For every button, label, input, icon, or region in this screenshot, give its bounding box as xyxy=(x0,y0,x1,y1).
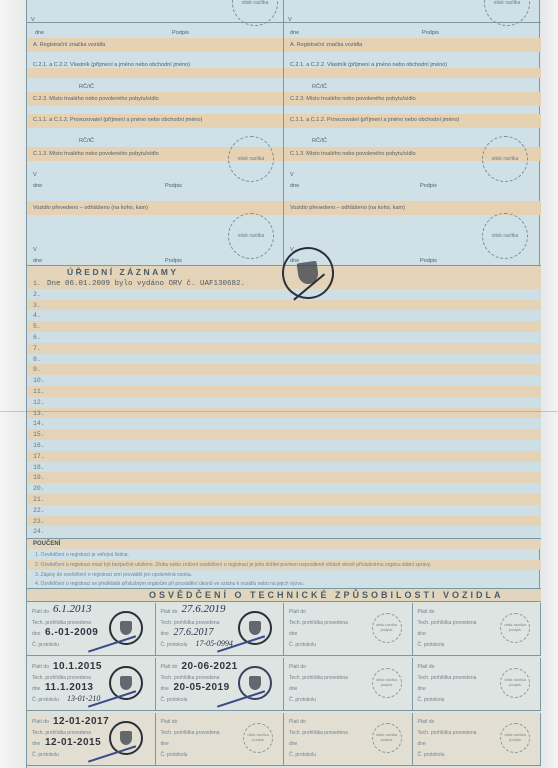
record-number: 22. xyxy=(33,505,43,516)
inspection-cell: Platí doTech. prohlídka provedenadneČ. p… xyxy=(27,603,156,656)
date-label: dne xyxy=(289,686,297,692)
inspection-cell: Platí doTech. prohlídka provedenadneČ. p… xyxy=(413,713,542,766)
transfer-column-left: V dne Podpis otisk razítka A. Registračn… xyxy=(27,0,284,265)
owner-label: C.2.1. a C.2.2. Vlastník (příjmení a jmé… xyxy=(33,62,190,68)
transfer-label: Vozidlo převedeno – odhlášeno (na koho, … xyxy=(33,205,148,211)
inspection-done-label: Tech. prohlídka provedena xyxy=(161,730,220,736)
record-row: 7. xyxy=(27,343,541,354)
record-number: 21. xyxy=(33,494,43,505)
protocol-label: Č. protokolu xyxy=(161,697,188,703)
date-label: dne xyxy=(32,686,40,692)
protocol-label: Č. protokolu xyxy=(161,642,188,648)
record-number: 1. xyxy=(33,278,43,289)
date-label: dne xyxy=(161,741,169,747)
v-label: V xyxy=(290,172,294,178)
stamp-placeholder: otisk razítka podpis xyxy=(372,723,402,753)
inspection-done-label: Tech. prohlídka provedena xyxy=(418,620,477,626)
instructions-title: POUČENÍ xyxy=(33,541,60,547)
transfer-section: V dne Podpis otisk razítka A. Registračn… xyxy=(27,0,541,265)
valid-until-label: Platí do xyxy=(32,609,49,615)
record-number: 13. xyxy=(33,408,43,419)
instruction-item: 1. Osvědčení o registraci je veřejná lis… xyxy=(35,552,129,558)
registration-document-page: V dne Podpis otisk razítka A. Registračn… xyxy=(26,0,540,768)
record-number: 7. xyxy=(33,343,43,354)
inspection-cell: Platí doTech. prohlídka provedenadneČ. p… xyxy=(27,713,156,766)
inspection-done-label: Tech. prohlídka provedena xyxy=(289,620,348,626)
stamp-placeholder: otisk razítka podpis xyxy=(372,668,402,698)
valid-until-value: 20-06-2021 xyxy=(182,661,238,672)
stamp-label: otisk razítka xyxy=(494,0,521,6)
inspection-done-label: Tech. prohlídka provedena xyxy=(32,675,91,681)
protocol-label: Č. protokolu xyxy=(289,697,316,703)
instruction-item: 4. Osvědčení o registraci se předkládá p… xyxy=(35,581,304,587)
record-number: 12. xyxy=(33,397,43,408)
stamp-emblem-icon xyxy=(120,621,132,635)
inspection-cell: Platí doTech. prohlídka provedenadneČ. p… xyxy=(284,713,413,766)
stamp-label: otisk razítka podpis xyxy=(501,623,529,633)
dne-label: dne xyxy=(33,183,42,189)
protocol-label: Č. protokolu xyxy=(418,697,445,703)
tech-title: OSVĚDČENÍ O TECHNICKÉ ZPŮSOBILOSTI VOZID… xyxy=(149,590,504,600)
fold-line xyxy=(0,411,558,412)
record-row: 5. xyxy=(27,321,541,332)
stamp-placeholder: otisk razítka podpis xyxy=(243,723,273,753)
operator-label: C.1.1. a C.1.2. Provozovatel (příjmení a… xyxy=(33,117,202,123)
record-row: 13. xyxy=(27,408,541,419)
stamp-label: otisk razítka podpis xyxy=(501,733,529,743)
record-number: 20. xyxy=(33,483,43,494)
valid-until-value: 10.1.2015 xyxy=(53,661,102,672)
record-row: 23. xyxy=(27,516,541,527)
record-row: 16. xyxy=(27,440,541,451)
date-label: dne xyxy=(32,741,40,747)
official-records-section: ÚŘEDNÍ ZÁZNAMY 1.Dne 06.01.2009 bylo vyd… xyxy=(27,265,541,538)
top-dne-label: dne xyxy=(290,30,299,36)
record-number: 8. xyxy=(33,354,43,365)
podpis-label: Podpis xyxy=(420,183,437,189)
stamp-placeholder: otisk razítka podpis xyxy=(372,613,402,643)
stamp-emblem-icon xyxy=(249,676,261,690)
valid-until-label: Platí do xyxy=(32,719,49,725)
date-label: dne xyxy=(418,741,426,747)
stamp-placeholder: otisk razítka xyxy=(482,136,528,182)
inspection-done-label: Tech. prohlídka provedena xyxy=(161,620,220,626)
record-row: 10. xyxy=(27,375,541,386)
valid-until-value: 6.1.2013 xyxy=(53,603,92,615)
stamp-label: otisk razítka xyxy=(242,0,269,6)
inspection-cell: Platí doTech. prohlídka provedenadneČ. p… xyxy=(156,658,285,711)
owner-address-label: C.2.3. Místo trvalého nebo povoleného po… xyxy=(33,96,159,102)
v-label-2: V xyxy=(33,247,37,253)
valid-until-label: Platí do xyxy=(161,719,178,725)
valid-until-label: Platí do xyxy=(161,664,178,670)
stamp-label: otisk razítka podpis xyxy=(373,733,401,743)
valid-until-label: Platí do xyxy=(289,664,306,670)
protocol-label: Č. protokolu xyxy=(418,752,445,758)
operator-label: C.1.1. a C.1.2. Provozovatel (příjmení a… xyxy=(290,117,459,123)
reg-mark-label: A. Registrační značka vozidla xyxy=(290,42,362,48)
protocol-label: Č. protokolu xyxy=(289,752,316,758)
inspection-cell: Platí doTech. prohlídka provedenadneČ. p… xyxy=(284,603,413,656)
date-label: dne xyxy=(161,686,169,692)
date-label: dne xyxy=(161,631,169,637)
stamp-label: otisk razítka xyxy=(492,156,519,163)
stamp-placeholder: otisk razítka xyxy=(482,213,528,259)
record-number: 2. xyxy=(33,289,43,300)
inspection-done-label: Tech. prohlídka provedena xyxy=(32,620,91,626)
record-number: 18. xyxy=(33,462,43,473)
stamp-label: otisk razítka xyxy=(492,233,519,240)
protocol-label: Č. protokolu xyxy=(289,642,316,648)
record-number: 16. xyxy=(33,440,43,451)
operator-address-label: C.1.3. Místo trvalého nebo povoleného po… xyxy=(290,151,416,157)
owner-label: C.2.1. a C.2.2. Vlastník (příjmení a jmé… xyxy=(290,62,447,68)
record-row: 9. xyxy=(27,364,541,375)
valid-until-label: Platí do xyxy=(418,664,435,670)
date-label: dne xyxy=(418,631,426,637)
valid-until-value: 27.6.2019 xyxy=(182,603,226,615)
rc-ic-label-2: RČ/IČ xyxy=(312,138,327,144)
valid-until-label: Platí do xyxy=(418,609,435,615)
record-row: 11. xyxy=(27,386,541,397)
stamp-emblem-icon xyxy=(120,676,132,690)
stamp-placeholder: otisk razítka xyxy=(228,136,274,182)
record-row: 15. xyxy=(27,429,541,440)
v-label: V xyxy=(33,172,37,178)
inspection-cell: Platí doTech. prohlídka provedenadneČ. p… xyxy=(284,658,413,711)
inspection-done-label: Tech. prohlídka provedena xyxy=(289,675,348,681)
record-number: 11. xyxy=(33,386,43,397)
instructions-section: POUČENÍ 1. Osvědčení o registraci je veř… xyxy=(27,538,541,588)
record-row: 20. xyxy=(27,483,541,494)
stamp-label: otisk razítka podpis xyxy=(373,623,401,633)
inspection-done-label: Tech. prohlídka provedena xyxy=(289,730,348,736)
stamp-label: otisk razítka podpis xyxy=(501,678,529,688)
record-number: 14. xyxy=(33,418,43,429)
protocol-label: Č. protokolu xyxy=(32,697,59,703)
inspection-cell: Platí doTech. prohlídka provedenadneČ. p… xyxy=(156,603,285,656)
record-number: 10. xyxy=(33,375,43,386)
protocol-number-value: 13-01-210 xyxy=(67,694,100,703)
record-number: 6. xyxy=(33,332,43,343)
inspection-cell: Platí doTech. prohlídka provedenadneČ. p… xyxy=(413,603,542,656)
protocol-label: Č. protokolu xyxy=(161,752,188,758)
inspection-done-label: Tech. prohlídka provedena xyxy=(32,730,91,736)
rc-ic-label: RČ/IČ xyxy=(312,84,327,90)
record-number: 3. xyxy=(33,300,43,311)
date-label: dne xyxy=(289,631,297,637)
inspection-date-value: 20-05-2019 xyxy=(174,682,230,693)
stamp-placeholder: otisk razítka xyxy=(228,213,274,259)
record-number: 5. xyxy=(33,321,43,332)
instruction-item: 2. Osvědčení o registraci musí být bezpe… xyxy=(35,562,431,568)
record-row: 24. xyxy=(27,526,541,537)
protocol-label: Č. protokolu xyxy=(32,752,59,758)
valid-until-label: Platí do xyxy=(289,719,306,725)
date-label: dne xyxy=(418,686,426,692)
record-row: 12. xyxy=(27,397,541,408)
inspection-date-value: 27.6.2017 xyxy=(174,627,214,638)
record-row: 19. xyxy=(27,472,541,483)
record-row: 2. xyxy=(27,289,541,300)
valid-until-label: Platí do xyxy=(32,664,49,670)
inspection-done-label: Tech. prohlídka provedena xyxy=(161,675,220,681)
stamp-label: otisk razítka podpis xyxy=(244,733,272,743)
inspection-date-value: 12-01-2015 xyxy=(45,737,101,748)
band xyxy=(27,68,283,78)
owner-address-label: C.2.3. Místo trvalého nebo povoleného po… xyxy=(290,96,416,102)
stamp-placeholder: otisk razítka podpis xyxy=(500,723,530,753)
stamp-placeholder: otisk razítka podpis xyxy=(500,668,530,698)
valid-until-label: Platí do xyxy=(161,609,178,615)
top-dne-label: dne xyxy=(35,30,44,36)
record-number: 19. xyxy=(33,472,43,483)
valid-until-label: Platí do xyxy=(418,719,435,725)
technical-fitness-section: OSVĚDČENÍ O TECHNICKÉ ZPŮSOBILOSTI VOZID… xyxy=(27,588,541,768)
instruction-item: 3. Zápisy do osvědčení o registraci smí … xyxy=(35,572,192,578)
band xyxy=(284,68,541,78)
date-label: dne xyxy=(289,741,297,747)
record-row: 6. xyxy=(27,332,541,343)
reg-mark-label: A. Registrační značka vozidla xyxy=(33,42,105,48)
stamp-label: otisk razítka xyxy=(238,233,265,240)
stamp-emblem-icon xyxy=(120,731,132,745)
podpis-label-2: Podpis xyxy=(420,258,437,264)
inspection-done-label: Tech. prohlídka provedena xyxy=(418,675,477,681)
record-number: 23. xyxy=(33,516,43,527)
inspection-date-value: 6.-01-2009 xyxy=(45,627,98,638)
stamp-label: otisk razítka podpis xyxy=(373,678,401,688)
protocol-label: Č. protokolu xyxy=(32,642,59,648)
inspection-date-value: 11.1.2013 xyxy=(45,682,93,693)
inspection-cell: Platí doTech. prohlídka provedenadneČ. p… xyxy=(27,658,156,711)
scan-right-margin xyxy=(540,0,558,768)
protocol-label: Č. protokolu xyxy=(418,642,445,648)
inspection-cell: Platí doTech. prohlídka provedenadneČ. p… xyxy=(156,713,285,766)
scan-left-margin xyxy=(0,0,26,768)
record-row: 22. xyxy=(27,505,541,516)
record-row: 4. xyxy=(27,310,541,321)
rc-ic-label: RČ/IČ xyxy=(79,84,94,90)
band xyxy=(27,539,541,549)
record-row: 21. xyxy=(27,494,541,505)
record-number: 24. xyxy=(33,526,43,537)
inspection-cell: Platí doTech. prohlídka provedenadneČ. p… xyxy=(413,658,542,711)
rc-ic-label-2: RČ/IČ xyxy=(79,138,94,144)
podpis-label: Podpis xyxy=(165,183,182,189)
stamp-label: otisk razítka xyxy=(238,156,265,163)
transfer-column-right: V dne Podpis otisk razítka A. Registračn… xyxy=(284,0,541,265)
record-row: 18. xyxy=(27,462,541,473)
record-row: 17. xyxy=(27,451,541,462)
inspection-done-label: Tech. prohlídka provedena xyxy=(418,730,477,736)
record-number: 17. xyxy=(33,451,43,462)
records-title: ÚŘEDNÍ ZÁZNAMY xyxy=(67,267,179,277)
transfer-label: Vozidlo převedeno – odhlášeno (na koho, … xyxy=(290,205,405,211)
dne-label: dne xyxy=(290,183,299,189)
stamp-placeholder: otisk razítka podpis xyxy=(500,613,530,643)
record-row: 14. xyxy=(27,418,541,429)
stamp-emblem-icon xyxy=(249,621,261,635)
date-label: dne xyxy=(32,631,40,637)
operator-address-label: C.1.3. Místo trvalého nebo povoleného po… xyxy=(33,151,159,157)
top-podpis-label: Podpis xyxy=(422,30,439,36)
record-row: 8. xyxy=(27,354,541,365)
record-number: 9. xyxy=(33,364,43,375)
record-row: 3. xyxy=(27,300,541,311)
valid-until-label: Platí do xyxy=(289,609,306,615)
record-number: 4. xyxy=(33,310,43,321)
valid-until-value: 12-01-2017 xyxy=(53,716,109,727)
record-number: 15. xyxy=(33,429,43,440)
top-podpis-label: Podpis xyxy=(172,30,189,36)
podpis-label-2: Podpis xyxy=(165,258,182,264)
dne-label-2: dne xyxy=(33,258,42,264)
record-text: Dne 06.01.2009 bylo vydáno ORV č. UAF130… xyxy=(47,280,245,288)
